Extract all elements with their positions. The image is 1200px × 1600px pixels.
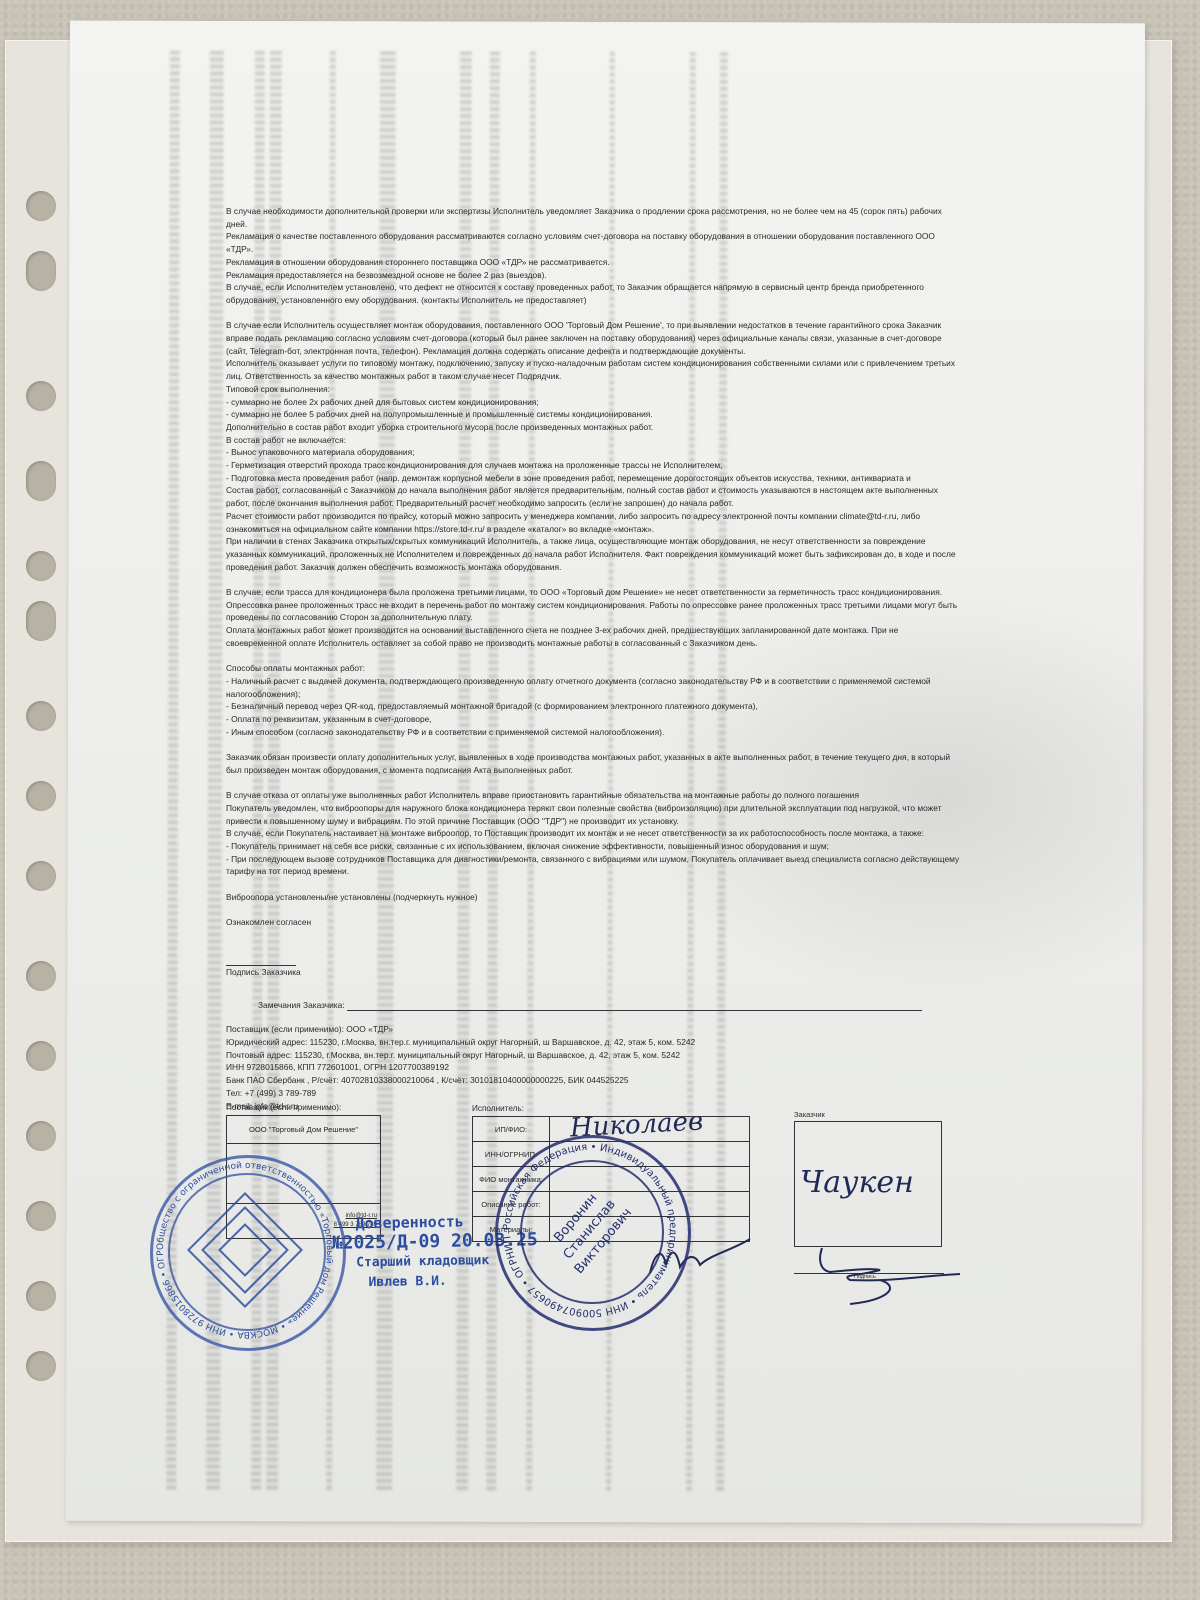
paragraph: Способы оплаты монтажных работ:: [226, 662, 961, 675]
paragraph: В случае, если Покупатель настаивает на …: [226, 827, 961, 840]
paragraph: В состав работ не включается:: [226, 434, 961, 447]
supplier-detail-line: ИНН 9728015866, КПП 772601001, ОГРН 1207…: [226, 1061, 961, 1074]
punch-hole: [26, 1281, 56, 1311]
paragraph: Покупатель уведомлен, что виброопоры для…: [226, 802, 961, 827]
punch-hole: [26, 961, 56, 991]
paragraph: Рекламация в отношении оборудования стор…: [226, 256, 961, 269]
paragraph: - суммарно не более 5 рабочих дней на по…: [226, 408, 961, 421]
punch-hole: [26, 861, 56, 891]
customer-signature: [810, 1240, 970, 1310]
paragraph: - Безналичный перевод через QR-код, пред…: [226, 700, 961, 713]
spacer: [226, 904, 961, 917]
punch-hole: [26, 381, 56, 411]
paragraph: Дополнительно в состав работ входит убор…: [226, 421, 961, 434]
paragraph: Заказчик обязан произвести оплату дополн…: [226, 751, 961, 776]
paragraph: - Покупатель принимает на себя все риски…: [226, 840, 961, 853]
paragraph: - Подготовка места проведения работ (нап…: [226, 472, 961, 485]
customer-handwritten-name: Чаукен: [800, 1165, 914, 1200]
punch-hole: [26, 781, 56, 811]
punch-hole: [26, 191, 56, 221]
punch-hole: [26, 1201, 56, 1231]
spacer: [226, 573, 961, 586]
paragraph: Виброопора установлены/не установлены (п…: [226, 891, 961, 904]
customer-block-label: Заказчик: [794, 1110, 944, 1119]
paragraph: - Вынос упаковочного материала оборудова…: [226, 446, 961, 459]
executor-seal-text: Российская Федерация • Индивидуальный пр…: [495, 1135, 685, 1325]
supplier-detail-line: Юридический адрес: 115230, г.Москва, вн.…: [226, 1036, 961, 1049]
paragraph: - Иным способом (согласно законодательст…: [226, 726, 961, 739]
paragraph: - суммарно не более 2х рабочих дней для …: [226, 396, 961, 409]
supplier-detail-line: Банк ПАО Сбербанк , Р/счёт: 407028103380…: [226, 1074, 961, 1087]
paragraph: Расчет стоимости работ производится по п…: [226, 510, 961, 535]
paragraph: Состав работ, согласованный с Заказчиком…: [226, 484, 961, 509]
paragraph: - Оплата по реквизитам, указанным в счет…: [226, 713, 961, 726]
punch-hole: [26, 251, 56, 291]
supplier-block-label: Поставщик (если применимо):: [226, 1103, 381, 1112]
supplier-detail-line: Почтовый адрес: 115230, г.Москва, вн.тер…: [226, 1049, 961, 1062]
paragraph: В случае необходимости дополнительной пр…: [226, 205, 961, 230]
paragraph: В случае отказа от оплаты уже выполненны…: [226, 789, 961, 802]
paragraph: - При последующем вызове сотрудников Пос…: [226, 853, 961, 878]
paragraph: - Наличный расчет с выдачей документа, п…: [226, 675, 961, 700]
customer-signature-label: Подпись Заказчика: [226, 966, 961, 979]
supplier-detail-line: Поставщик (если применимо): ООО «ТДР»: [226, 1023, 961, 1036]
punch-hole: [26, 461, 56, 501]
customer-signature-line: [226, 951, 296, 966]
remarks-label: Замечания Заказчика:: [258, 999, 345, 1012]
paragraph: В случае если Исполнитель осуществляет м…: [226, 319, 961, 357]
remarks-line[interactable]: [347, 1000, 922, 1011]
punch-hole: [26, 1121, 56, 1151]
punch-hole: [26, 1041, 56, 1071]
paragraph: Рекламация о качестве поставленного обор…: [226, 230, 961, 255]
supplier-seal-text: Общество с ограниченной ответственностью…: [150, 1155, 340, 1345]
punch-hole: [26, 601, 56, 641]
paragraph: При наличии в стенах Заказчика открытых/…: [226, 535, 961, 573]
customer-remarks[interactable]: Замечания Заказчика:: [258, 999, 961, 1012]
spacer: [226, 777, 961, 790]
paragraph: В случае, если трасса для кондиционера б…: [226, 586, 961, 624]
paragraph: Рекламация предоставляется на безвозмезд…: [226, 269, 961, 282]
punch-hole: [26, 1351, 56, 1381]
supplier-company: ООО "Торговый Дом Решение": [227, 1116, 381, 1144]
spacer: [226, 307, 961, 320]
paragraph: Типовой срок выполнения:: [226, 383, 961, 396]
punch-hole: [26, 701, 56, 731]
punch-hole: [26, 551, 56, 581]
paragraph: - Герметизация отверстий прохода трасс к…: [226, 459, 961, 472]
paragraph: Исполнитель оказывает услуги по типовому…: [226, 357, 961, 382]
document-body: В случае необходимости дополнительной пр…: [226, 205, 961, 1112]
spacer: [226, 738, 961, 751]
supplier-detail-line: Тел: +7 (499) 3 789-789: [226, 1087, 961, 1100]
paragraph: В случае, если Исполнителем установлено,…: [226, 281, 961, 306]
svg-text:Общество с ограниченной ответс: Общество с ограниченной ответственностью…: [150, 1155, 334, 1339]
spacer: [226, 878, 961, 891]
spacer: [226, 650, 961, 663]
paragraph: Ознакомлен согласен: [226, 916, 961, 929]
paragraph: Оплата монтажных работ может производитс…: [226, 624, 961, 649]
